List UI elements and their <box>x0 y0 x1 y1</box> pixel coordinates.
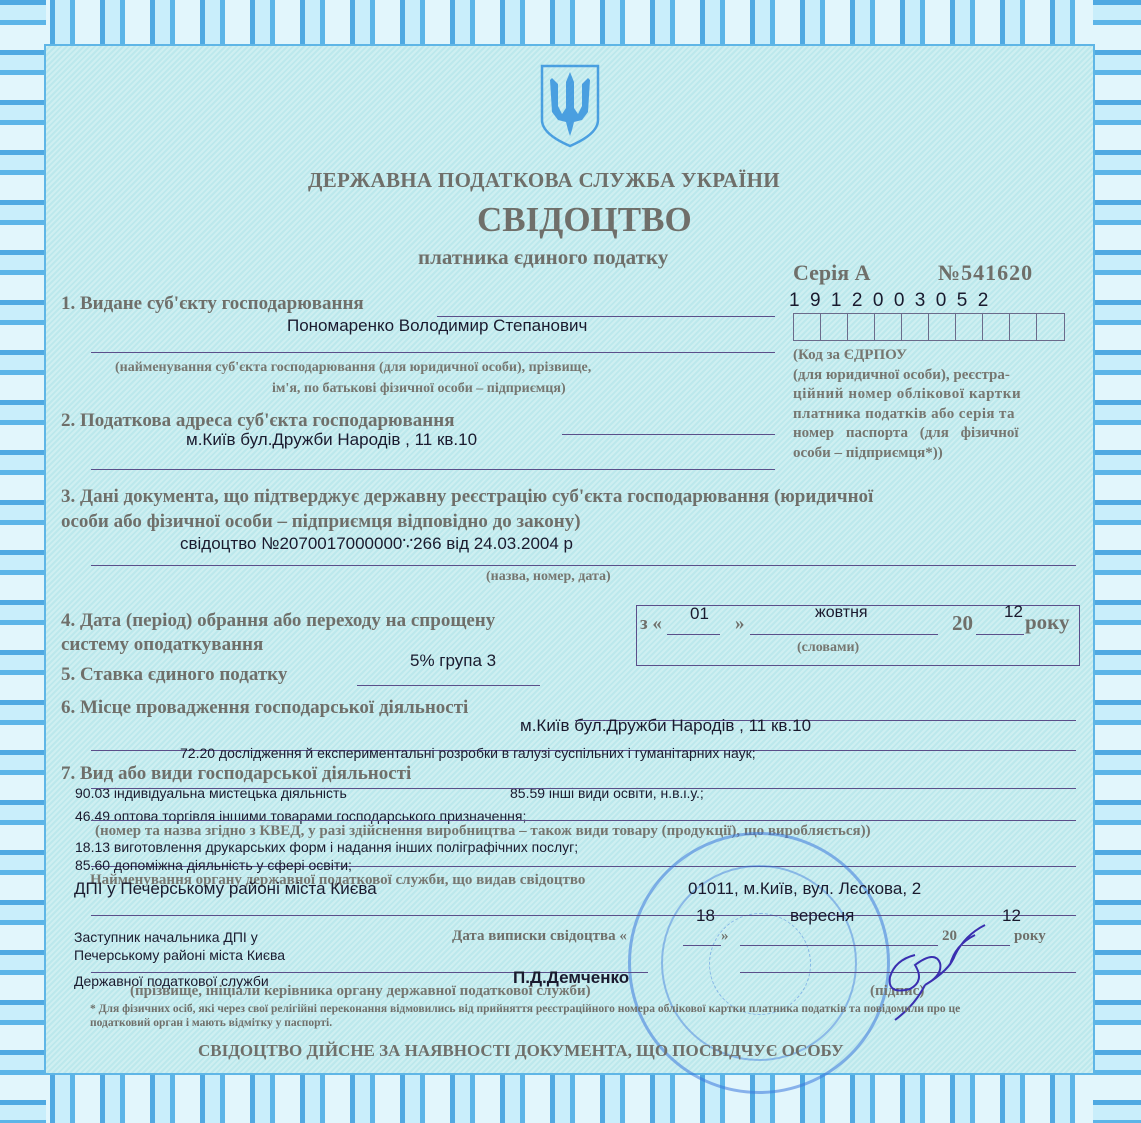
section6-label: 6. Місце провадження господарської діяль… <box>61 697 468 719</box>
business-location: м.Київ бул.Дружби Народів , 11 кв.10 <box>520 716 811 736</box>
underline <box>91 352 775 353</box>
tax-address: м.Київ бул.Дружби Народів , 11 кв.10 <box>186 430 477 450</box>
section5-label: 5. Ставка єдиного податку <box>61 664 287 686</box>
underline <box>750 634 938 635</box>
issuer-address: 01011, м.Київ, вул. Лєскова, 2 <box>688 879 921 899</box>
border-top <box>0 0 1141 46</box>
underline <box>91 788 1076 789</box>
certificate-number: №541620 <box>938 260 1033 286</box>
activity-item: 18.13 виготовлення друкарських форм і на… <box>75 839 578 855</box>
start-day: 01 <box>690 604 709 624</box>
section4-label-1: 4. Дата (період) обрання або переходу на… <box>61 610 495 632</box>
section3-caption: (назва, номер, дата) <box>486 569 611 585</box>
underline <box>357 685 540 686</box>
issue-day: 18 <box>696 906 715 926</box>
activity-item: 72.20 дослідження й експериментальні роз… <box>180 745 756 761</box>
activity-item: 85.60 допоміжна діяльність у сфері освіт… <box>75 857 352 873</box>
section4-label-2: систему оподаткування <box>61 634 263 656</box>
border-right <box>1093 0 1141 1123</box>
section1-caption-1: (найменування суб'єкта господарювання (д… <box>115 360 591 376</box>
start-year: 12 <box>1004 602 1023 622</box>
start-month: жовтня <box>815 604 868 622</box>
trident-coat-of-arms-icon <box>538 62 602 148</box>
signatory-position-2: Печерському районі міста Києва <box>74 947 285 963</box>
tax-id-digits: 1912003052 <box>789 290 999 312</box>
date-from-prefix: з « <box>640 613 662 635</box>
section1-caption-2: ім'я, по батькові фізичної особи – підпр… <box>272 381 566 397</box>
footnote-line-2: податковий орган і мають відмітку у пасп… <box>90 1017 332 1029</box>
underline <box>91 469 775 470</box>
section2-label: 2. Податкова адреса суб'єкта господарюва… <box>61 410 454 432</box>
tax-id-caption: (Код за ЄДРПОУ (для юридичної особи), ре… <box>793 346 1021 463</box>
section7-label: 7. Вид або види господарської діяльності <box>61 763 411 785</box>
issue-month: вересня <box>790 906 854 926</box>
issue-date-label: Дата виписки свідоцтва « <box>452 928 627 945</box>
underline <box>91 820 1076 821</box>
underline <box>667 634 720 635</box>
section4-caption: (словами) <box>797 640 859 656</box>
section3-label-1: 3. Дані документа, що підтверджує держав… <box>61 486 873 508</box>
entity-name: Пономаренко Володимир Степанович <box>287 316 587 336</box>
issuer-name: ДПІ у Печерському районі міста Києва <box>74 879 377 899</box>
section3-label-2: особи або фізичної особи – підприємця ві… <box>61 511 581 533</box>
start-century: 20 <box>952 611 973 636</box>
start-year-suffix: року <box>1025 610 1069 635</box>
underline <box>683 945 721 946</box>
series-label: Серія А <box>793 260 871 286</box>
border-bottom <box>0 1073 1141 1123</box>
validity-notice: СВІДОЦТВО ДІЙСНЕ ЗА НАЯВНОСТІ ДОКУМЕНТА,… <box>198 1041 844 1061</box>
activity-item: 46.49 оптова торгівля іншими товарами го… <box>75 808 526 824</box>
underline <box>91 565 1076 566</box>
signatory-name-caption: (прізвище, ініціали керівника органу дер… <box>130 983 591 1000</box>
date-quote-close: » <box>735 613 745 635</box>
tax-rate: 5% група 3 <box>410 651 496 671</box>
registration-document: свідоцтво №2070017000000∵266 від 24.03.2… <box>180 534 573 554</box>
underline <box>976 634 1024 635</box>
signatory-position-1: Заступник начальника ДПІ у <box>74 929 258 945</box>
footnote-line-1: * Для фізичних осіб, які через свої релі… <box>90 1003 960 1015</box>
certificate-subtitle: платника єдиного податку <box>418 245 668 270</box>
tax-id-grid <box>793 313 1065 341</box>
agency-title: ДЕРЖАВНА ПОДАТКОВА СЛУЖБА УКРАЇНИ <box>308 168 780 193</box>
section1-label: 1. Видане суб'єкту господарювання <box>61 293 364 315</box>
issue-year-suffix: року <box>1014 928 1046 945</box>
underline <box>562 434 775 435</box>
issue-date-quote-close: » <box>721 928 729 945</box>
certificate-title: СВІДОЦТВО <box>477 200 692 240</box>
border-left <box>0 0 46 1123</box>
